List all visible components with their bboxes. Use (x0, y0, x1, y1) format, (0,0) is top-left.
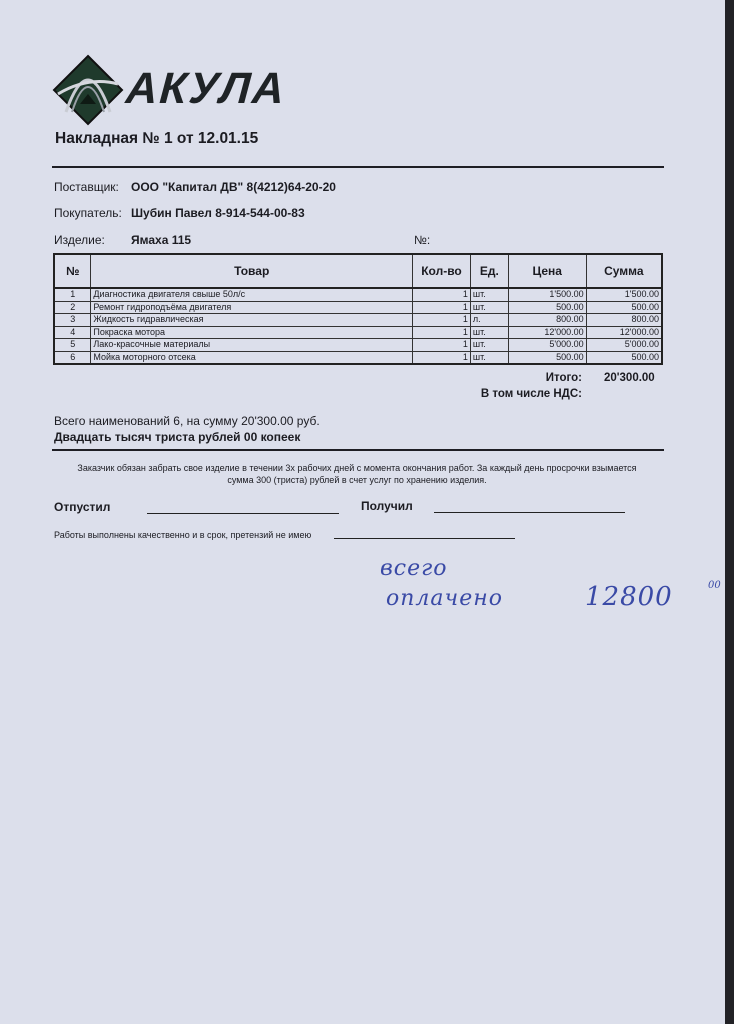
summary-amount-in-words: Двадцать тысяч триста рублей 00 копеек (54, 430, 300, 444)
col-header-item: Товар (91, 254, 413, 288)
cell-sum: 800.00 (586, 314, 662, 327)
released-by-signature-line[interactable] (147, 513, 339, 514)
handwritten-note-line-2: оплачено (386, 586, 503, 611)
cell-number: 6 (54, 351, 91, 364)
cell-unit: шт. (470, 339, 508, 352)
cell-qty: 1 (413, 301, 471, 314)
cell-number: 2 (54, 301, 91, 314)
buyer-value: Шубин Павел 8-914-544-00-83 (131, 206, 305, 220)
cell-number: 4 (54, 326, 91, 339)
cell-sum: 500.00 (586, 351, 662, 364)
col-header-unit: Ед. (470, 254, 508, 288)
table-row: 5 Лако-красочные материалы 1 шт. 5'000.0… (54, 339, 662, 352)
notice-line-2: сумма 300 (триста) рублей в счет услуг п… (54, 474, 660, 486)
cell-sum: 500.00 (586, 301, 662, 314)
col-header-qty: Кол-во (413, 254, 471, 288)
table-header-row: № Товар Кол-во Ед. Цена Сумма (54, 254, 662, 288)
cell-sum: 5'000.00 (586, 339, 662, 352)
cell-price: 12'000.00 (508, 326, 586, 339)
product-value: Ямаха 115 (131, 233, 191, 247)
scan-edge-shadow (725, 0, 734, 1024)
col-header-sum: Сумма (586, 254, 662, 288)
table-row: 3 Жидкость гидравлическая 1 л. 800.00 80… (54, 314, 662, 327)
cell-number: 3 (54, 314, 91, 327)
supplier-label: Поставщик: (54, 180, 119, 194)
handwritten-paid-amount: 12800 (585, 582, 673, 612)
released-by-label: Отпустил (54, 500, 110, 514)
cell-unit: шт. (470, 288, 508, 301)
quality-acknowledgement: Работы выполнены качественно и в срок, п… (54, 530, 311, 540)
cell-item: Жидкость гидравлическая (91, 314, 413, 327)
cell-number: 1 (54, 288, 91, 301)
received-by-label: Получил (361, 499, 413, 513)
storage-notice: Заказчик обязан забрать свое изделие в т… (54, 462, 660, 486)
cell-price: 500.00 (508, 351, 586, 364)
cell-unit: шт. (470, 351, 508, 364)
cell-item: Мойка моторного отсека (91, 351, 413, 364)
shark-fin-diamond-icon (52, 54, 124, 126)
col-header-number: № (54, 254, 91, 288)
cell-price: 1'500.00 (508, 288, 586, 301)
order-number-label: №: (414, 233, 430, 247)
cell-qty: 1 (413, 326, 471, 339)
cell-item: Ремонт гидроподъёма двигателя (91, 301, 413, 314)
table-row: 4 Покраска мотора 1 шт. 12'000.00 12'000… (54, 326, 662, 339)
cell-unit: шт. (470, 326, 508, 339)
invoice-page: АКУЛА Накладная № 1 от 12.01.15 Поставщи… (0, 0, 725, 1024)
cell-qty: 1 (413, 339, 471, 352)
handwritten-note-line-1: всего (380, 556, 448, 581)
total-value: 20'300.00 (604, 372, 655, 384)
buyer-label: Покупатель: (54, 206, 122, 220)
cell-price: 500.00 (508, 301, 586, 314)
supplier-value: ООО "Капитал ДВ" 8(4212)64-20-20 (131, 180, 336, 194)
cell-qty: 1 (413, 314, 471, 327)
cell-number: 5 (54, 339, 91, 352)
cell-sum: 12'000.00 (586, 326, 662, 339)
received-by-signature-line[interactable] (434, 512, 625, 513)
total-label: Итого: (480, 372, 582, 384)
cell-item: Диагностика двигателя свыше 50л/с (91, 288, 413, 301)
header-divider (52, 166, 664, 168)
acknowledgement-signature-line[interactable] (334, 538, 515, 539)
company-name: АКУЛА (124, 64, 288, 114)
table-row: 2 Ремонт гидроподъёма двигателя 1 шт. 50… (54, 301, 662, 314)
cell-item: Лако-красочные материалы (91, 339, 413, 352)
notice-line-1: Заказчик обязан забрать свое изделие в т… (54, 462, 660, 474)
product-label: Изделие: (54, 233, 105, 247)
cell-price: 800.00 (508, 314, 586, 327)
cell-price: 5'000.00 (508, 339, 586, 352)
table-row: 1 Диагностика двигателя свыше 50л/с 1 шт… (54, 288, 662, 301)
company-logo: АКУЛА (52, 54, 352, 124)
cell-qty: 1 (413, 351, 471, 364)
vat-label: В том числе НДС: (430, 388, 582, 400)
summary-count-and-sum: Всего наименований 6, на сумму 20'300.00… (54, 414, 320, 428)
cell-sum: 1'500.00 (586, 288, 662, 301)
cell-item: Покраска мотора (91, 326, 413, 339)
items-table: № Товар Кол-во Ед. Цена Сумма 1 Диагност… (53, 253, 663, 365)
col-header-price: Цена (508, 254, 586, 288)
cell-qty: 1 (413, 288, 471, 301)
cell-unit: л. (470, 314, 508, 327)
summary-divider (52, 449, 664, 451)
cell-unit: шт. (470, 301, 508, 314)
table-row: 6 Мойка моторного отсека 1 шт. 500.00 50… (54, 351, 662, 364)
document-title: Накладная № 1 от 12.01.15 (55, 130, 258, 148)
handwritten-paid-amount-kopecks: 00 (708, 580, 721, 591)
